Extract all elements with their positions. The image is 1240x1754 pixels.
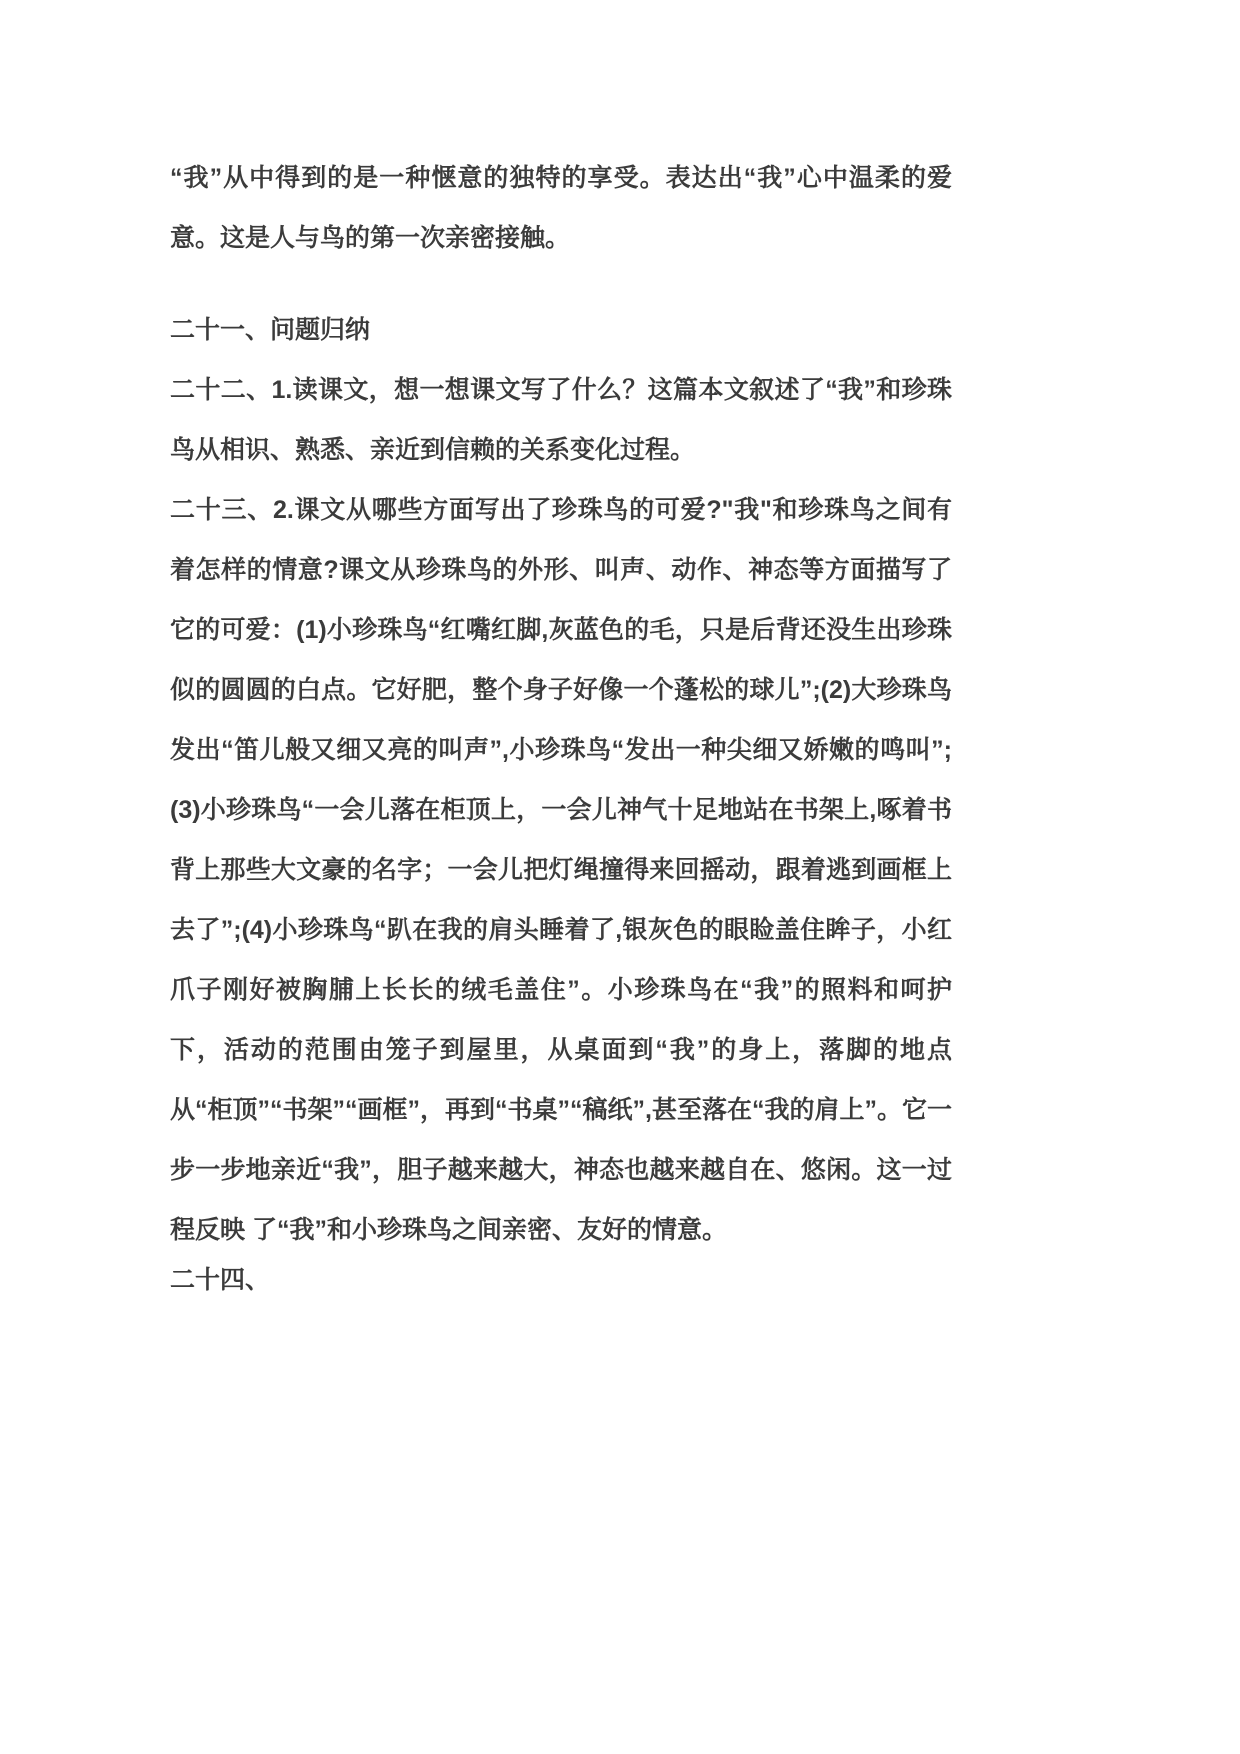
paragraph-question-1: 二十二、1.读课文，想一想课文写了什么？这篇本文叙述了“我”和珍珠鸟从相识、熟悉… bbox=[170, 360, 952, 480]
paragraph-intro: “我”从中得到的是一种惬意的独特的享受。表达出“我”心中温柔的爱意。这是人与鸟的… bbox=[170, 148, 952, 268]
section-heading: 二十一、问题归纳 bbox=[170, 300, 952, 360]
paragraph-question-2: 二十三、2.课文从哪些方面写出了珍珠鸟的可爱?"我"和珍珠鸟之间有着怎样的情意?… bbox=[170, 480, 952, 1260]
document-page: “我”从中得到的是一种惬意的独特的享受。表达出“我”心中温柔的爱意。这是人与鸟的… bbox=[0, 0, 1240, 1754]
document-body: “我”从中得到的是一种惬意的独特的享受。表达出“我”心中温柔的爱意。这是人与鸟的… bbox=[170, 148, 952, 1310]
